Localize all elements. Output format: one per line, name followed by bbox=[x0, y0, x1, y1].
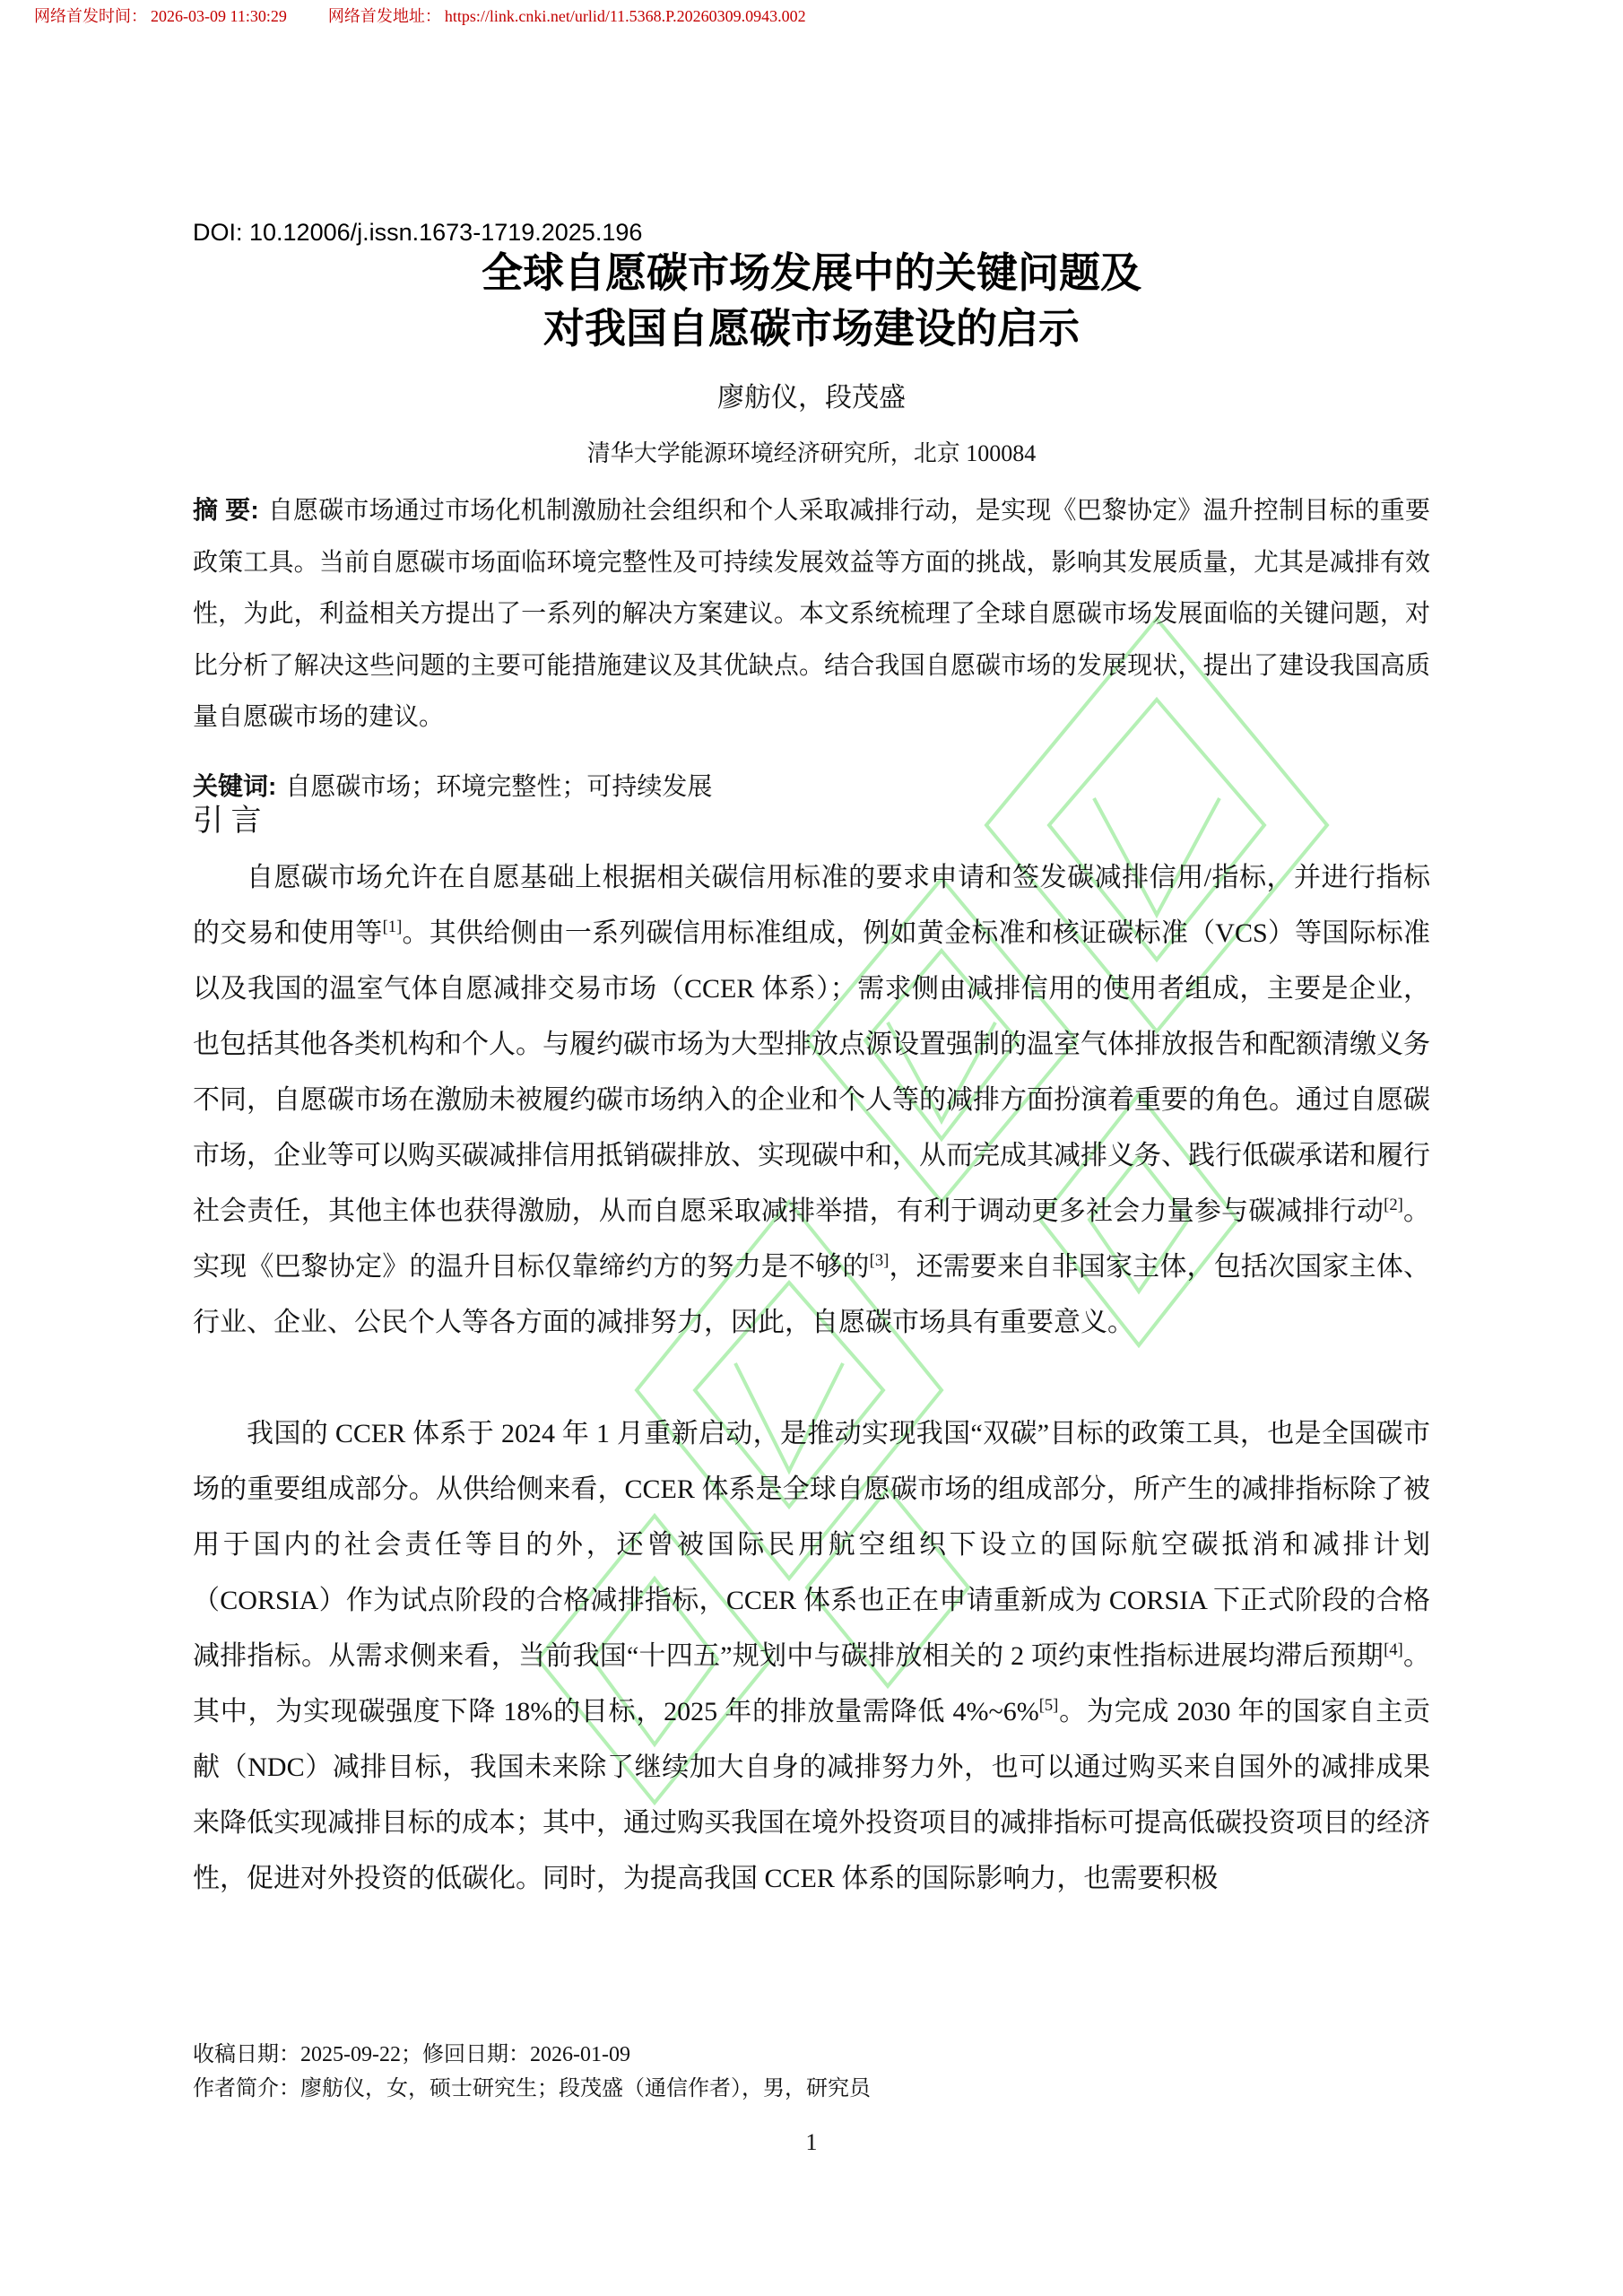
doi-line: DOI: 10.12006/j.issn.1673-1719.2025.196 bbox=[193, 218, 642, 247]
intro-paragraph-2: 我国的 CCER 体系于 2024 年 1 月重新启动，是推动实现我国“双碳”目… bbox=[193, 1406, 1430, 1907]
authors: 廖舫仪，段茂盛 bbox=[193, 380, 1430, 416]
abstract-label: 摘 要: bbox=[193, 496, 259, 524]
paper-page: 网络首发时间：2026-03-09 11:30:29网络首发地址：https:/… bbox=[0, 0, 1623, 2296]
affiliation: 清华大学能源环境经济研究所，北京 100084 bbox=[193, 439, 1430, 469]
online-first-time-label: 网络首发时间： bbox=[34, 7, 147, 25]
abstract-text: 自愿碳市场通过市场化机制激励社会组织和个人采取减排行动，是实现《巴黎协定》温升控… bbox=[193, 497, 1430, 731]
abstract-paragraph: 摘 要:自愿碳市场通过市场化机制激励社会组织和个人采取减排行动，是实现《巴黎协定… bbox=[193, 484, 1430, 744]
keywords-text: 自愿碳市场；环境完整性；可持续发展 bbox=[285, 773, 712, 801]
paper-title-line-1: 全球自愿碳市场发展中的关键问题及 bbox=[193, 248, 1430, 298]
paper-title-line-2: 对我国自愿碳市场建设的启示 bbox=[193, 303, 1430, 353]
keywords-label: 关键词: bbox=[193, 772, 276, 800]
page-number: 1 bbox=[0, 2127, 1623, 2158]
section-heading-introduction: 引 言 bbox=[193, 801, 262, 841]
keywords-line: 关键词:自愿碳市场；环境完整性；可持续发展 bbox=[193, 761, 1430, 813]
article-content: DOI: 10.12006/j.issn.1673-1719.2025.196 … bbox=[193, 0, 1430, 2296]
intro-paragraph-1: 自愿碳市场允许在自愿基础上根据相关碳信用标准的要求申请和签发碳减排信用/指标，并… bbox=[193, 850, 1430, 1351]
